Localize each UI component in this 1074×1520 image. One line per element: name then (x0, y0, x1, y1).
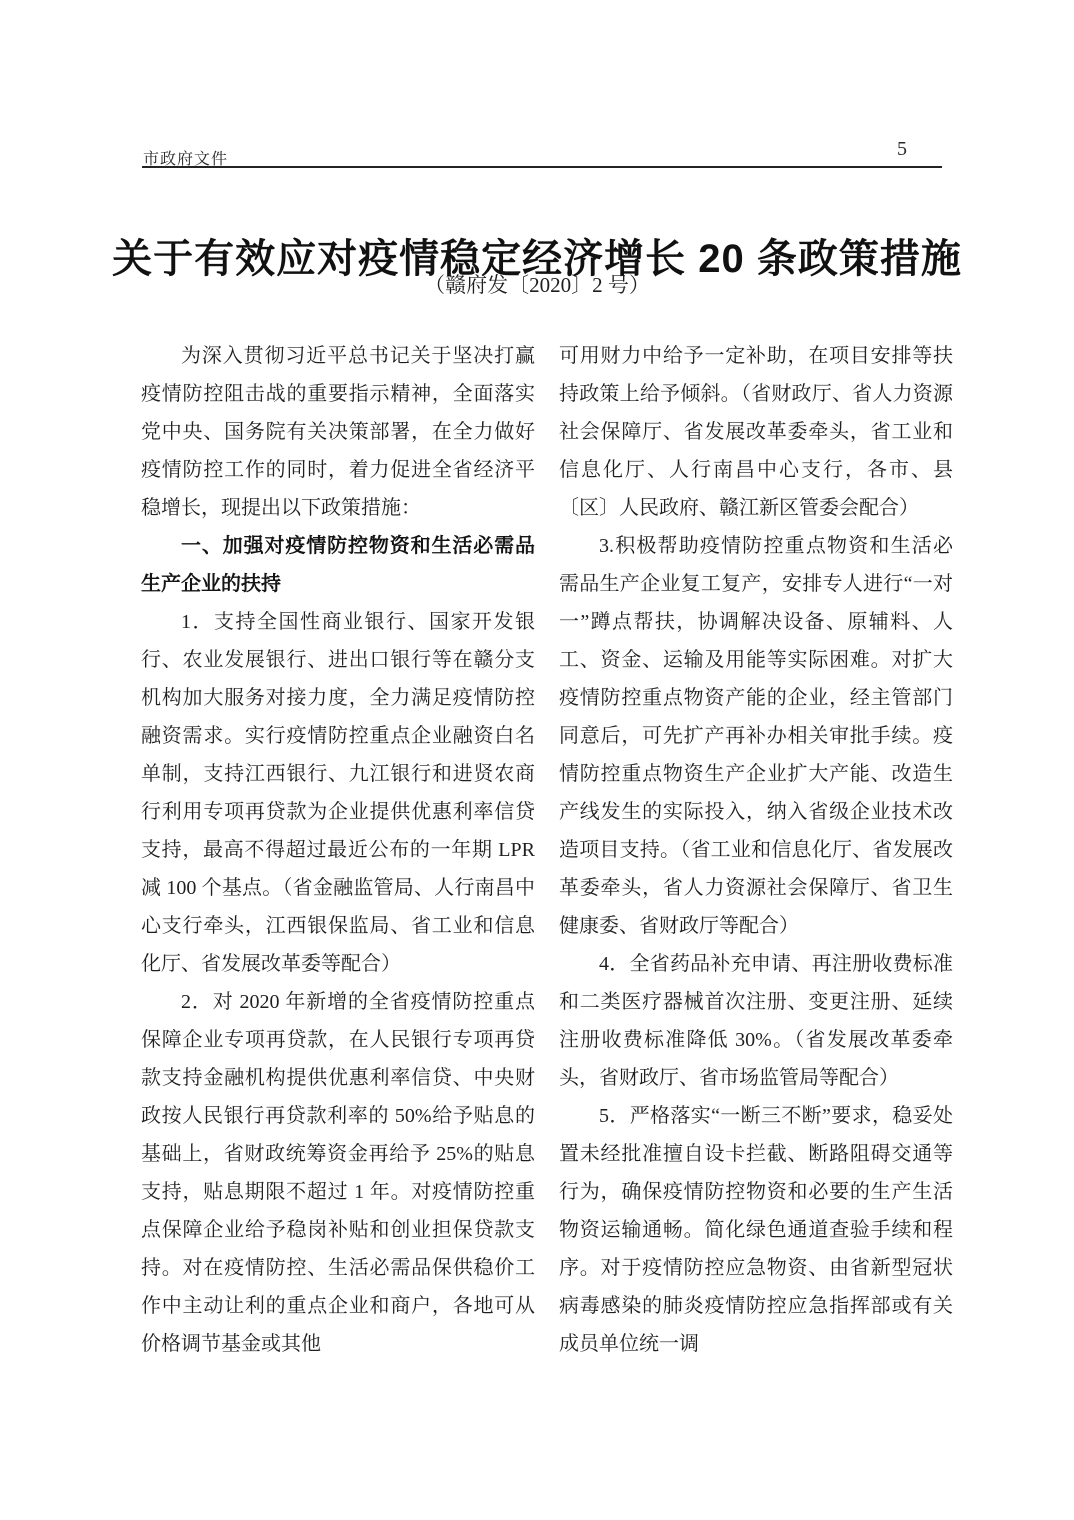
policy-item-1: 1．支持全国性商业银行、国家开发银行、农业发展银行、进出口银行等在赣分支机构加大… (141, 603, 535, 983)
policy-item-4: 4．全省药品补充申请、再注册收费标准和二类医疗器械首次注册、变更注册、延续注册收… (559, 945, 953, 1097)
section-1-heading: 一、加强对疫情防控物资和生活必需品生产企业的扶持 (141, 527, 535, 603)
header-divider (142, 166, 942, 168)
left-column: 为深入贯彻习近平总书记关于坚决打赢疫情防控阻击战的重要指示精神，全面落实党中央、… (141, 337, 535, 1363)
document-number: （赣府发〔2020〕2 号） (0, 269, 1074, 299)
document-page: 市政府文件 5 关于有效应对疫情稳定经济增长 20 条政策措施 （赣府发〔202… (0, 0, 1074, 1520)
page-number: 5 (897, 138, 907, 161)
right-column: 可用财力中给予一定补助，在项目安排等扶持政策上给予倾斜。（省财政厅、省人力资源社… (559, 337, 953, 1363)
policy-item-3: 3.积极帮助疫情防控重点物资和生活必需品生产企业复工复产，安排专人进行“一对一”… (559, 527, 953, 945)
policy-item-2: 2．对 2020 年新增的全省疫情防控重点保障企业专项再贷款，在人民银行专项再贷… (141, 983, 535, 1363)
policy-item-2-continuation: 可用财力中给予一定补助，在项目安排等扶持政策上给予倾斜。（省财政厅、省人力资源社… (559, 337, 953, 527)
policy-item-5: 5．严格落实“一断三不断”要求，稳妥处置未经批准擅自设卡拦截、断路阻碍交通等行为… (559, 1097, 953, 1363)
document-body: 为深入贯彻习近平总书记关于坚决打赢疫情防控阻击战的重要指示精神，全面落实党中央、… (141, 337, 953, 1363)
intro-paragraph: 为深入贯彻习近平总书记关于坚决打赢疫情防控阻击战的重要指示精神，全面落实党中央、… (141, 337, 535, 527)
